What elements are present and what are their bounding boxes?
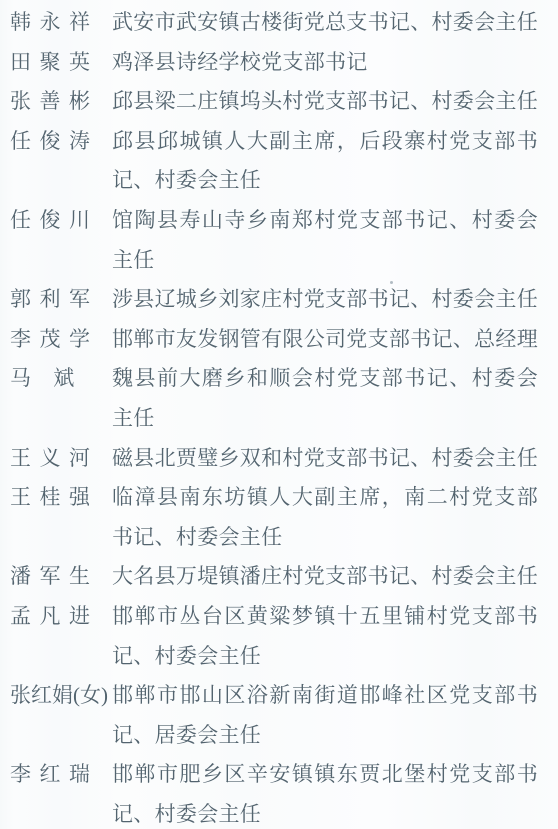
- person-title-line: 馆陶县寿山寺乡南郑村党支部书记、村委会: [112, 201, 538, 241]
- person-name: 潘军生: [0, 557, 112, 597]
- person-title: 邱县邱城镇人大副主席，后段寨村党支部书记、村委会主任: [112, 122, 538, 201]
- person-title: 魏县前大磨乡和顺会村党支部书记、村委会主任: [112, 359, 538, 438]
- person-title: 邯郸市丛台区黄粱梦镇十五里铺村党支部书记、村委会主任: [112, 597, 538, 676]
- person-title-line: 涉县辽城乡刘家庄村党支部书记、村委会主任: [112, 280, 538, 320]
- person-title: 邯郸市肥乡区辛安镇镇东贾北堡村党支部书记、村委会主任: [112, 755, 538, 829]
- roster-entry: 潘军生 大名县万堤镇潘庄村党支部书记、村委会主任: [0, 557, 558, 597]
- person-title-line: 记、村委会主任: [112, 161, 538, 201]
- roster-entry: 田聚英 鸡泽县诗经学校党支部书记: [0, 43, 558, 83]
- person-title: 邱县梁二庄镇坞头村党支部书记、村委会主任: [112, 82, 538, 122]
- person-name: 李茂学: [0, 320, 112, 360]
- person-name: 马 斌: [0, 359, 112, 399]
- person-title-line: 邯郸市丛台区黄粱梦镇十五里铺村党支部书: [112, 597, 538, 637]
- person-title-line: 邯郸市友发钢管有限公司党支部书记、总经理: [112, 320, 538, 360]
- person-title: 武安市武安镇古楼街党总支书记、村委会主任: [112, 3, 538, 43]
- person-name: 孟凡进: [0, 597, 112, 637]
- person-title-line: 主任: [112, 241, 538, 281]
- person-title-line: 记、村委会主任: [112, 795, 538, 829]
- person-title-line: 邯郸市肥乡区辛安镇镇东贾北堡村党支部书: [112, 755, 538, 795]
- roster-entry: 郭利军 涉县辽城乡刘家庄村党支部书记、村委会主任: [0, 280, 558, 320]
- roster-entry: 任俊川 馆陶县寿山寺乡南郑村党支部书记、村委会主任: [0, 201, 558, 280]
- person-title: 涉县辽城乡刘家庄村党支部书记、村委会主任: [112, 280, 538, 320]
- person-title: 馆陶县寿山寺乡南郑村党支部书记、村委会主任: [112, 201, 538, 280]
- person-title: 大名县万堤镇潘庄村党支部书记、村委会主任: [112, 557, 538, 597]
- roster-entry: 张红娟(女) 邯郸市邯山区浴新南街道邯峰社区党支部书记、居委会主任: [0, 676, 558, 755]
- person-title-line: 魏县前大磨乡和顺会村党支部书记、村委会: [112, 359, 538, 399]
- person-title-line: 主任: [112, 399, 538, 439]
- roster-entry: 王义河 磁县北贾璧乡双和村党支部书记、村委会主任: [0, 439, 558, 479]
- person-title-line: 鸡泽县诗经学校党支部书记: [112, 43, 538, 83]
- person-title-line: 邱县邱城镇人大副主席，后段寨村党支部书: [112, 122, 538, 162]
- person-name: 韩永祥: [0, 3, 112, 43]
- person-name: 王义河: [0, 439, 112, 479]
- roster-list: 韩永祥 武安市武安镇古楼街党总支书记、村委会主任 田聚英 鸡泽县诗经学校党支部书…: [0, 3, 558, 829]
- person-name: 郭利军: [0, 280, 112, 320]
- person-name: 张红娟(女): [0, 676, 112, 716]
- roster-entry: 李红瑞 邯郸市肥乡区辛安镇镇东贾北堡村党支部书记、村委会主任: [0, 755, 558, 829]
- roster-entry: 马 斌 魏县前大磨乡和顺会村党支部书记、村委会主任: [0, 359, 558, 438]
- person-name: 李红瑞: [0, 755, 112, 795]
- person-name: 王桂强: [0, 478, 112, 518]
- person-name: 任俊川: [0, 201, 112, 241]
- roster-entry: 韩永祥 武安市武安镇古楼街党总支书记、村委会主任: [0, 3, 558, 43]
- document-page: 韩永祥 武安市武安镇古楼街党总支书记、村委会主任 田聚英 鸡泽县诗经学校党支部书…: [0, 3, 558, 829]
- person-title-line: 书记、村委会主任: [112, 518, 538, 558]
- person-title-line: 武安市武安镇古楼街党总支书记、村委会主任: [112, 3, 538, 43]
- person-name: 张善彬: [0, 82, 112, 122]
- roster-entry: 李茂学 邯郸市友发钢管有限公司党支部书记、总经理: [0, 320, 558, 360]
- person-title-line: 大名县万堤镇潘庄村党支部书记、村委会主任: [112, 557, 538, 597]
- person-title: 邯郸市邯山区浴新南街道邯峰社区党支部书记、居委会主任: [112, 676, 538, 755]
- person-title-line: 临漳县南东坊镇人大副主席，南二村党支部: [112, 478, 538, 518]
- person-title-line: 磁县北贾璧乡双和村党支部书记、村委会主任: [112, 439, 538, 479]
- roster-entry: 任俊涛 邱县邱城镇人大副主席，后段寨村党支部书记、村委会主任: [0, 122, 558, 201]
- person-title: 邯郸市友发钢管有限公司党支部书记、总经理: [112, 320, 538, 360]
- person-name: 田聚英: [0, 43, 112, 83]
- person-title-line: 记、居委会主任: [112, 716, 538, 756]
- scan-speck: [390, 281, 393, 284]
- person-title: 临漳县南东坊镇人大副主席，南二村党支部书记、村委会主任: [112, 478, 538, 557]
- person-name: 任俊涛: [0, 122, 112, 162]
- person-title-line: 邯郸市邯山区浴新南街道邯峰社区党支部书: [112, 676, 538, 716]
- person-title: 磁县北贾璧乡双和村党支部书记、村委会主任: [112, 439, 538, 479]
- person-title-line: 记、村委会主任: [112, 637, 538, 677]
- roster-entry: 张善彬 邱县梁二庄镇坞头村党支部书记、村委会主任: [0, 82, 558, 122]
- person-title: 鸡泽县诗经学校党支部书记: [112, 43, 538, 83]
- roster-entry: 孟凡进 邯郸市丛台区黄粱梦镇十五里铺村党支部书记、村委会主任: [0, 597, 558, 676]
- person-title-line: 邱县梁二庄镇坞头村党支部书记、村委会主任: [112, 82, 538, 122]
- roster-entry: 王桂强 临漳县南东坊镇人大副主席，南二村党支部书记、村委会主任: [0, 478, 558, 557]
